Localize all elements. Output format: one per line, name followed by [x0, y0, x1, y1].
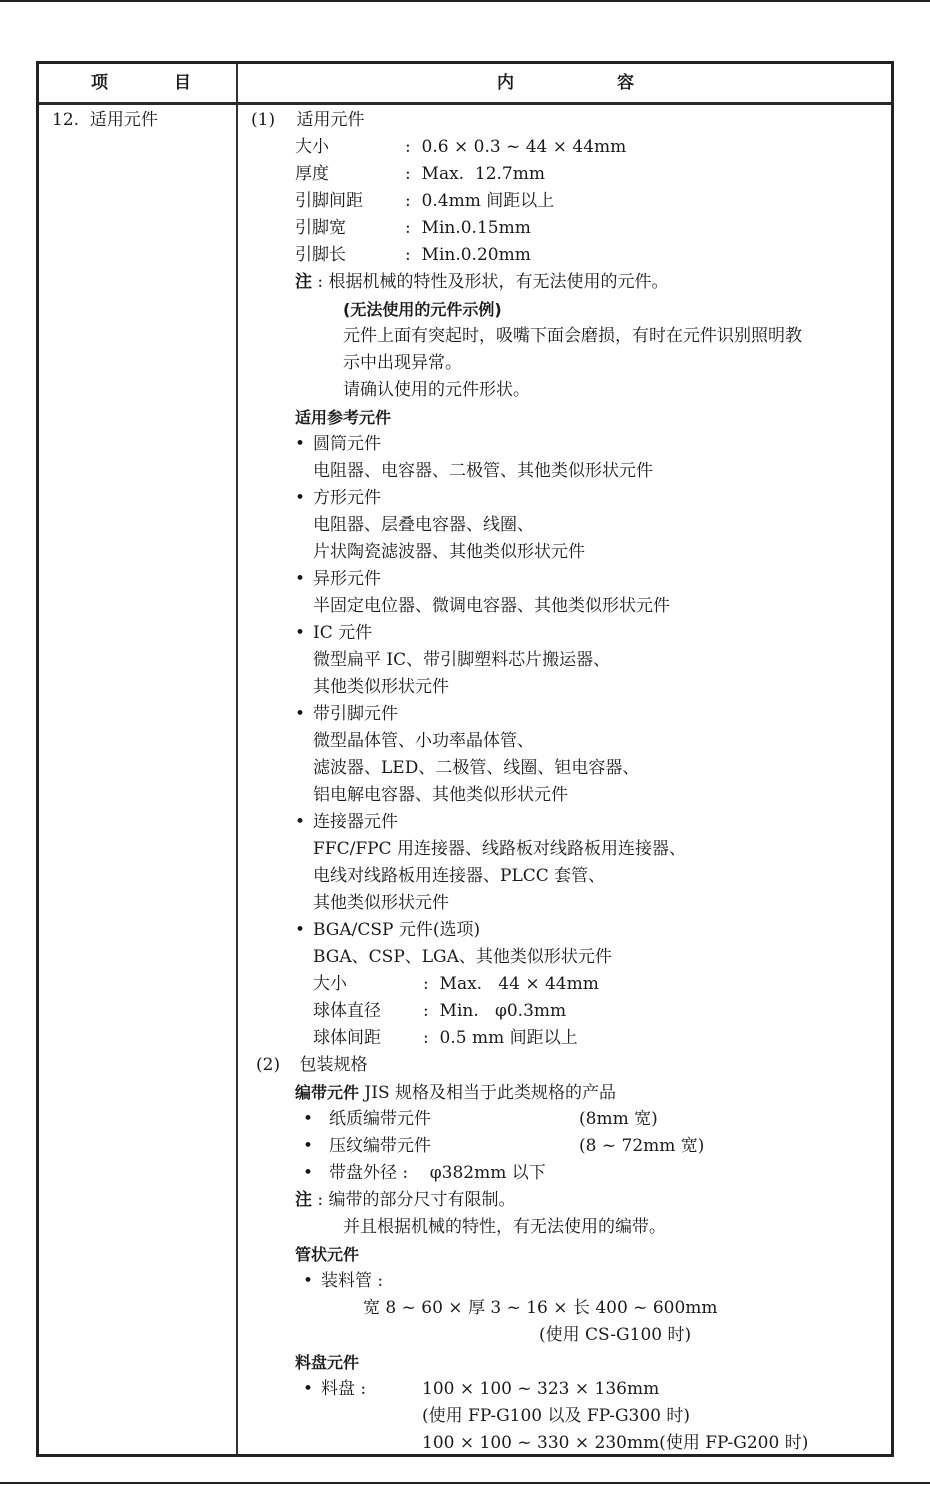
spec-row: 引脚长: Min.0.20mm	[295, 242, 531, 269]
section1-heading: (1) 适用元件	[251, 107, 365, 134]
header-item-char2: 目	[174, 64, 191, 102]
ref-group-line: 其他类似形状元件	[313, 674, 449, 701]
bullet-icon: •	[295, 620, 313, 647]
ref-group-line: 半固定电位器、微调电容器、其他类似形状元件	[313, 593, 670, 620]
tray-line: 100 × 100 ~ 330 × 230mm(使用 FP-G200 时)	[422, 1430, 808, 1457]
bullet-icon: •	[303, 1376, 321, 1403]
tray-item: •料盘 :	[303, 1376, 366, 1403]
ref-group-line: 微型晶体管、小功率晶体管、	[313, 728, 534, 755]
section2-heading: (2) 包装规格	[256, 1052, 368, 1079]
ref-group-name: •方形元件	[295, 485, 381, 512]
ref-group-name: •BGA/CSP 元件(选项)	[295, 917, 480, 944]
note-1: 注 : 根据机械的特性及形状，有无法使用的元件。	[295, 269, 669, 296]
ref-group-line: 片状陶瓷滤波器、其他类似形状元件	[313, 539, 585, 566]
header-divider	[39, 102, 891, 105]
note-line: 元件上面有突起时，吸嘴下面会磨损，有时在元件识别照明教	[343, 323, 802, 350]
header-content-char2: 容	[617, 64, 634, 102]
tray-line: (使用 FP-G100 以及 FP-G300 时)	[422, 1403, 690, 1430]
tray-line: 100 × 100 ~ 323 × 136mm	[422, 1376, 659, 1403]
bullet-icon: •	[295, 701, 313, 728]
bullet-icon: •	[303, 1268, 321, 1295]
column-divider	[236, 64, 238, 1454]
tube-note: (使用 CS-G100 时)	[539, 1322, 691, 1349]
bullet-icon: •	[295, 566, 313, 593]
tube-item: •装料管 :	[303, 1268, 383, 1295]
note-2: 注 : 编带的部分尺寸有限制。	[295, 1187, 516, 1214]
top-rule	[0, 0, 930, 2]
tube-dims: 宽 8 ~ 60 × 厚 3 ~ 16 × 长 400 ~ 600mm	[363, 1295, 718, 1322]
spec-row: 大小: 0.6 × 0.3 ~ 44 × 44mm	[295, 134, 626, 161]
tape-item: •纸质编带元件(8mm 宽)	[303, 1106, 658, 1133]
section2-title: 包装规格	[300, 1055, 368, 1075]
section1-num: (1)	[251, 110, 275, 130]
tape-item: •带盘外径 : φ382mm 以下	[303, 1160, 546, 1187]
bullet-icon: •	[295, 431, 313, 458]
ref-group-line: BGA、CSP、LGA、其他类似形状元件	[313, 944, 612, 971]
note-sub-title: (无法使用的元件示例)	[343, 296, 502, 323]
note-line: 示中出现异常。	[343, 350, 462, 377]
ref-group-line: 微型扁平 IC、带引脚塑料芯片搬运器、	[313, 647, 610, 674]
bullet-icon: •	[295, 917, 313, 944]
ref-title: 适用参考元件	[295, 404, 391, 431]
ref-group-name: •IC 元件	[295, 620, 372, 647]
header-item-char1: 项	[91, 64, 108, 102]
ref-group-line: 其他类似形状元件	[313, 890, 449, 917]
item-label: 12. 适用元件	[52, 107, 158, 134]
note-line: 请确认使用的元件形状。	[343, 377, 530, 404]
bullet-icon: •	[303, 1160, 329, 1187]
tape-heading: 编带元件 JIS 规格及相当于此类规格的产品	[295, 1079, 616, 1107]
spec-table: 项 目 内 容 12. 适用元件 (1) 适用元件 大小: 0.6 × 0.3 …	[36, 61, 894, 1457]
section2-num: (2)	[256, 1055, 280, 1075]
ref-group-line: FFC/FPC 用连接器、线路板对线路板用连接器、	[313, 836, 686, 863]
bga-spec-row: 大小: Max. 44 × 44mm	[313, 971, 599, 998]
ref-group-name: •异形元件	[295, 566, 381, 593]
note-label: 注	[295, 272, 312, 292]
header-content-char1: 内	[497, 64, 514, 102]
bullet-icon: •	[295, 485, 313, 512]
bottom-rule	[0, 1482, 930, 1484]
section1-title: 适用元件	[297, 110, 365, 130]
ref-group-line: 电线对线路板用连接器、PLCC 套管、	[313, 863, 605, 890]
bga-spec-row: 球体间距: 0.5 mm 间距以上	[313, 1025, 578, 1052]
spec-row: 厚度: Max. 12.7mm	[295, 161, 545, 188]
ref-group-line: 铝电解电容器、其他类似形状元件	[313, 782, 568, 809]
bullet-icon: •	[303, 1133, 329, 1160]
ref-group-name: •圆筒元件	[295, 431, 381, 458]
ref-group-line: 电阻器、电容器、二极管、其他类似形状元件	[313, 458, 653, 485]
note-label: 注	[295, 1190, 312, 1210]
bullet-icon: •	[295, 809, 313, 836]
ref-group-line: 电阻器、层叠电容器、线圈、	[313, 512, 534, 539]
ref-group-name: •连接器元件	[295, 809, 398, 836]
tape-item: •压纹编带元件(8 ~ 72mm 宽)	[303, 1133, 704, 1160]
spec-row: 引脚宽: Min.0.15mm	[295, 215, 531, 242]
tape-title: 编带元件	[295, 1083, 359, 1102]
ref-group-line: 滤波器、LED、二极管、线圈、钽电容器、	[313, 755, 639, 782]
tube-title: 管状元件	[295, 1241, 359, 1268]
bga-spec-row: 球体直径: Min. φ0.3mm	[313, 998, 566, 1025]
tray-title: 料盘元件	[295, 1349, 359, 1376]
bullet-icon: •	[303, 1106, 329, 1133]
note-line: 并且根据机械的特性，有无法使用的编带。	[343, 1214, 666, 1241]
ref-group-name: •带引脚元件	[295, 701, 398, 728]
spec-row: 引脚间距: 0.4mm 间距以上	[295, 188, 554, 215]
